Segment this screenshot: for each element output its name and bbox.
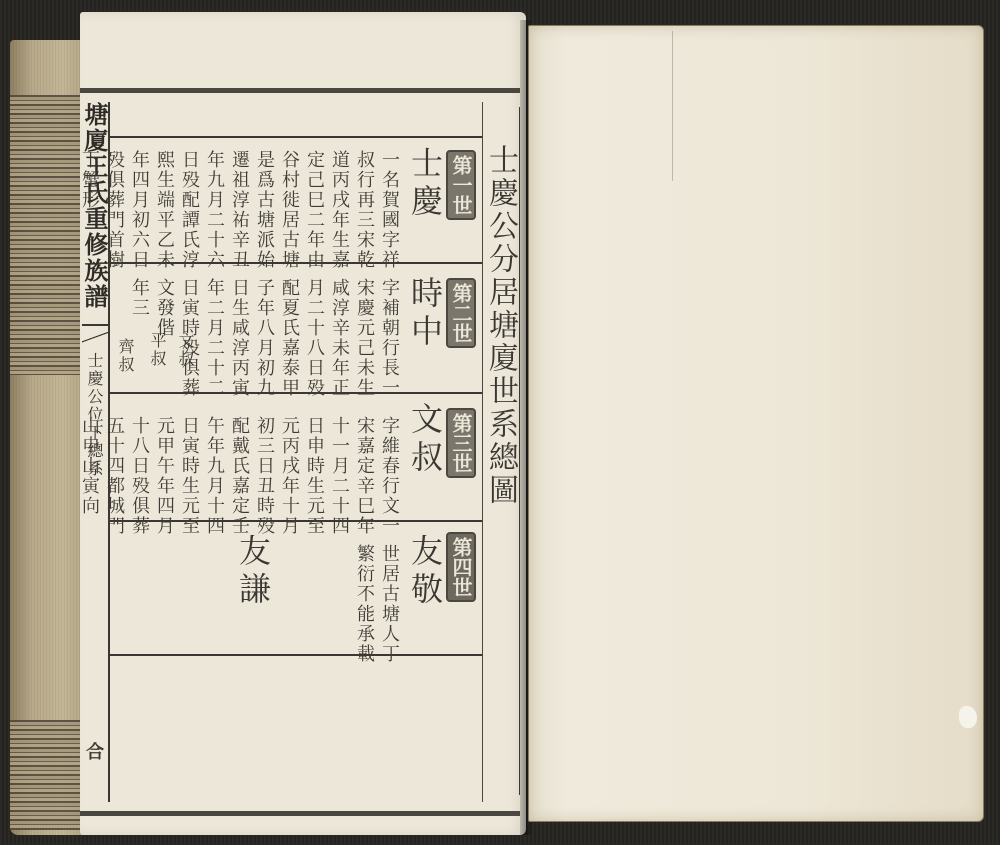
bio-column: 一名賀國字祥: [380, 150, 398, 270]
chart-title: 士慶公分居塘廈世系總圖: [485, 144, 515, 507]
person-name: 時中: [408, 276, 442, 352]
bio-column: 日寅時生元至: [180, 416, 198, 536]
left-page: 塘廈王氏重修族譜 士慶公位下總系 合 士慶公分居塘廈世系總圖 第一世 士慶 一名…: [80, 12, 526, 835]
page-stack-edges: [10, 40, 85, 835]
bio-column: 咸淳辛未年正: [330, 278, 348, 398]
generation-label: 第二世: [446, 278, 476, 348]
bio-column: 谷村徙居古塘: [280, 150, 298, 270]
bio-column: 初三日丑時殁: [255, 416, 273, 536]
generation-label: 第一世: [446, 150, 476, 220]
generation-divider: [110, 654, 482, 656]
bio-column: 字維春行文一: [380, 416, 398, 536]
bio-column: 子年八月初九: [255, 278, 273, 398]
page-tear: [959, 706, 977, 728]
bio-column: 遷祖淳祐辛丑: [230, 150, 248, 270]
sibling-name: 友謙: [236, 534, 270, 610]
bio-column: 元丙戌年十月: [280, 416, 298, 536]
generation-row-2: 第二世 時中 字補朝行長一 宋慶元己未生 咸淳辛未年正 月二十八日殁 配夏氏嘉泰…: [110, 266, 482, 391]
bio-column: 是爲古塘派始: [255, 150, 273, 270]
bio-column: 十八日殁俱葬: [130, 416, 148, 536]
bio-column: 字補朝行長一: [380, 278, 398, 398]
generation-divider: [110, 392, 482, 394]
bio-column: 年四月初六日: [130, 150, 148, 270]
biography: 字補朝行長一 宋慶元己未生 咸淳辛未年正 月二十八日殁 配夏氏嘉泰甲 子年八月初…: [130, 278, 398, 398]
generation-divider: [110, 520, 482, 522]
foot-mark: 合: [82, 742, 106, 760]
bio-column: 日申時生元至: [305, 416, 323, 536]
bio-column: 年九月二十六: [205, 150, 223, 270]
child-name: 文叔: [174, 332, 197, 368]
fish-tail-mark: [82, 324, 108, 348]
page-edge-band-top: [10, 95, 85, 375]
child-name: 平叔: [146, 332, 169, 368]
right-page-blank: [528, 25, 984, 822]
person-name: 友敬: [408, 534, 442, 610]
bio-column: 十一月二十四: [330, 416, 348, 536]
biography: 世居古塘人丁 繁衍不能承載: [355, 544, 398, 664]
bio-column: 月二十八日殁: [305, 278, 323, 398]
bio-column: 道丙戌年生嘉: [330, 150, 348, 270]
bio-column: 定己巳二年由: [305, 150, 323, 270]
generation-label: 第四世: [446, 532, 476, 602]
bio-column: 年二月二十二: [205, 278, 223, 398]
bio-column: 下蟹形: [80, 150, 98, 270]
bio-column: 叔行再三宋乾: [355, 150, 373, 270]
page-crease: [672, 31, 673, 181]
bio-column: 五十四都城門: [105, 416, 123, 536]
bio-column: 宋慶元己未生: [355, 278, 373, 398]
generation-row-1: 第一世 士慶 一名賀國字祥 叔行再三宋乾 道丙戌年生嘉 定己巳二年由 谷村徙居古…: [110, 140, 482, 265]
bio-column: 熙生端平乙未: [155, 150, 173, 270]
biography: 一名賀國字祥 叔行再三宋乾 道丙戌年生嘉 定己巳二年由 谷村徙居古塘 是爲古塘派…: [80, 150, 398, 270]
generation-row-4: 第四世 友敬 世居古塘人丁 繁衍不能承載 友謙: [110, 524, 482, 654]
bio-column: 日生咸淳丙寅: [230, 278, 248, 398]
bio-column: 午年九月十四: [205, 416, 223, 536]
bio-column: 日殁配譚氏淳: [180, 150, 198, 270]
person-name: 文叔: [408, 402, 442, 478]
page-edge-band-bottom: [10, 720, 85, 830]
bio-column: 繁衍不能承載: [355, 544, 373, 664]
bio-column: 元甲午年四月: [155, 416, 173, 536]
bio-column: 宋嘉定辛巳年: [355, 416, 373, 536]
generation-divider: [110, 136, 482, 138]
generation-divider: [110, 262, 482, 264]
person-name: 士慶: [408, 146, 442, 222]
bio-column: 殁俱葬門首樹: [105, 150, 123, 270]
generation-label: 第三世: [446, 408, 476, 478]
bio-column: 世居古塘人丁: [380, 544, 398, 664]
biography: 字維春行文一 宋嘉定辛巳年 十一月二十四 日申時生元至 元丙戌年十月 初三日丑時…: [80, 416, 398, 536]
bio-column: 配戴氏嘉定壬: [230, 416, 248, 536]
bio-column: 配夏氏嘉泰甲: [280, 278, 298, 398]
child-name: 齊叔: [114, 338, 137, 374]
generation-row-3: 第三世 文叔 字維春行文一 宋嘉定辛巳年 十一月二十四 日申時生元至 元丙戌年十…: [110, 396, 482, 521]
bio-column: 山申山寅向: [80, 416, 98, 536]
